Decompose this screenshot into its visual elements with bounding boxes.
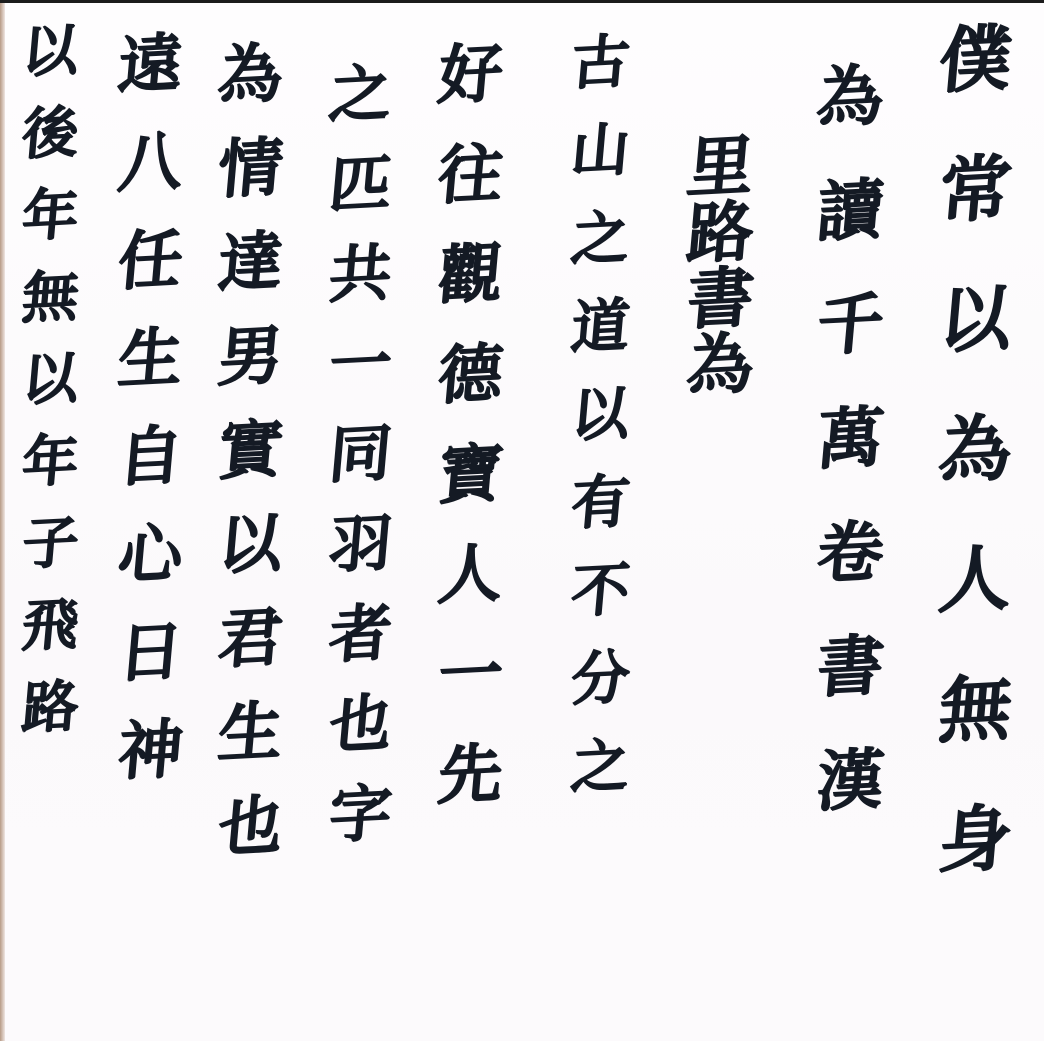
calligraphy-character: 觀	[435, 241, 505, 308]
calligraphy-character: 以	[19, 22, 80, 81]
calligraphy-character: 不	[568, 560, 631, 621]
calligraphy-character: 年	[19, 432, 80, 491]
calligraphy-character: 無	[936, 671, 1015, 747]
calligraphy-character: 好	[435, 41, 505, 108]
calligraphy-character: 人	[435, 541, 505, 608]
calligraphy-character: 後	[19, 104, 80, 163]
calligraphy-character: 古	[568, 32, 631, 93]
calligraphy-character: 以	[936, 281, 1015, 357]
calligraphy-character: 為	[936, 411, 1015, 487]
calligraphy-character: 山	[568, 120, 631, 181]
calligraphy-character: 達	[215, 229, 285, 296]
calligraphy-character: 道	[568, 296, 631, 357]
calligraphy-sheet: 僕常以為人無身為讀千萬卷書漢里路書為古山之道以有不分之好往觀德寶人一先之匹共一同…	[0, 0, 1044, 1041]
calligraphy-character: 八	[115, 129, 185, 196]
calligraphy-character: 千	[814, 289, 886, 358]
calligraphy-column: 之匹共一同羽者也字	[329, 63, 391, 845]
calligraphy-character: 書	[684, 263, 756, 332]
calligraphy-character: 匹	[326, 151, 394, 216]
calligraphy-column: 遠八任生自心日神	[118, 33, 182, 783]
calligraphy-character: 羽	[326, 511, 394, 576]
calligraphy-character: 者	[326, 601, 394, 666]
calligraphy-character: 以	[215, 511, 285, 578]
calligraphy-character: 寶	[435, 441, 505, 508]
calligraphy-column: 為讀千萬卷書漢	[817, 63, 883, 813]
calligraphy-character: 男	[215, 323, 285, 390]
calligraphy-column: 僕常以為人無身	[939, 23, 1011, 875]
calligraphy-character: 路	[19, 678, 80, 737]
calligraphy-character: 之	[568, 736, 631, 797]
calligraphy-character: 分	[568, 648, 631, 709]
calligraphy-character: 讀	[814, 175, 886, 244]
calligraphy-character: 以	[568, 384, 631, 445]
calligraphy-character: 日	[115, 619, 185, 686]
calligraphy-character: 字	[326, 781, 394, 846]
calligraphy-character: 心	[115, 521, 185, 588]
calligraphy-character: 有	[568, 472, 631, 533]
calligraphy-character: 德	[435, 341, 505, 408]
calligraphy-character: 也	[215, 793, 285, 860]
calligraphy-character: 無	[19, 268, 80, 327]
calligraphy-character: 以	[19, 350, 80, 409]
calligraphy-column: 為情達男實以君生也	[218, 43, 282, 859]
calligraphy-character: 生	[115, 325, 185, 392]
calligraphy-column: 以後年無以年子飛路	[22, 23, 78, 735]
calligraphy-column: 好往觀德寶人一先	[438, 43, 502, 807]
calligraphy-character: 一	[435, 641, 505, 708]
calligraphy-character: 飛	[19, 596, 80, 655]
calligraphy-character: 一	[326, 331, 394, 396]
calligraphy-character: 實	[215, 417, 285, 484]
calligraphy-character: 遠	[115, 31, 185, 98]
calligraphy-character: 同	[326, 421, 394, 486]
calligraphy-character: 任	[115, 227, 185, 294]
calligraphy-character: 先	[435, 741, 505, 808]
calligraphy-character: 人	[936, 541, 1015, 617]
calligraphy-character: 共	[326, 241, 394, 306]
calligraphy-character: 僕	[936, 21, 1015, 97]
paper-left-edge	[0, 3, 5, 1041]
calligraphy-character: 君	[215, 605, 285, 672]
calligraphy-character: 自	[115, 423, 185, 490]
calligraphy-character: 神	[115, 717, 185, 784]
calligraphy-character: 書	[814, 631, 886, 700]
calligraphy-character: 往	[435, 141, 505, 208]
calligraphy-column: 里路書為	[687, 133, 753, 397]
calligraphy-character: 萬	[814, 403, 886, 472]
calligraphy-character: 情	[215, 135, 285, 202]
calligraphy-character: 也	[326, 691, 394, 756]
calligraphy-character: 里	[684, 131, 756, 200]
calligraphy-character: 之	[326, 61, 394, 126]
calligraphy-character: 生	[215, 699, 285, 766]
calligraphy-character: 為	[814, 61, 886, 130]
calligraphy-column: 古山之道以有不分之	[571, 33, 629, 795]
calligraphy-character: 常	[936, 151, 1015, 227]
calligraphy-character: 漢	[814, 745, 886, 814]
calligraphy-character: 為	[684, 329, 756, 398]
calligraphy-character: 子	[19, 514, 80, 573]
calligraphy-character: 路	[684, 197, 756, 266]
calligraphy-character: 身	[936, 801, 1015, 877]
calligraphy-character: 卷	[814, 517, 886, 586]
calligraphy-character: 年	[19, 186, 80, 245]
calligraphy-character: 為	[215, 41, 285, 108]
calligraphy-character: 之	[568, 208, 631, 269]
